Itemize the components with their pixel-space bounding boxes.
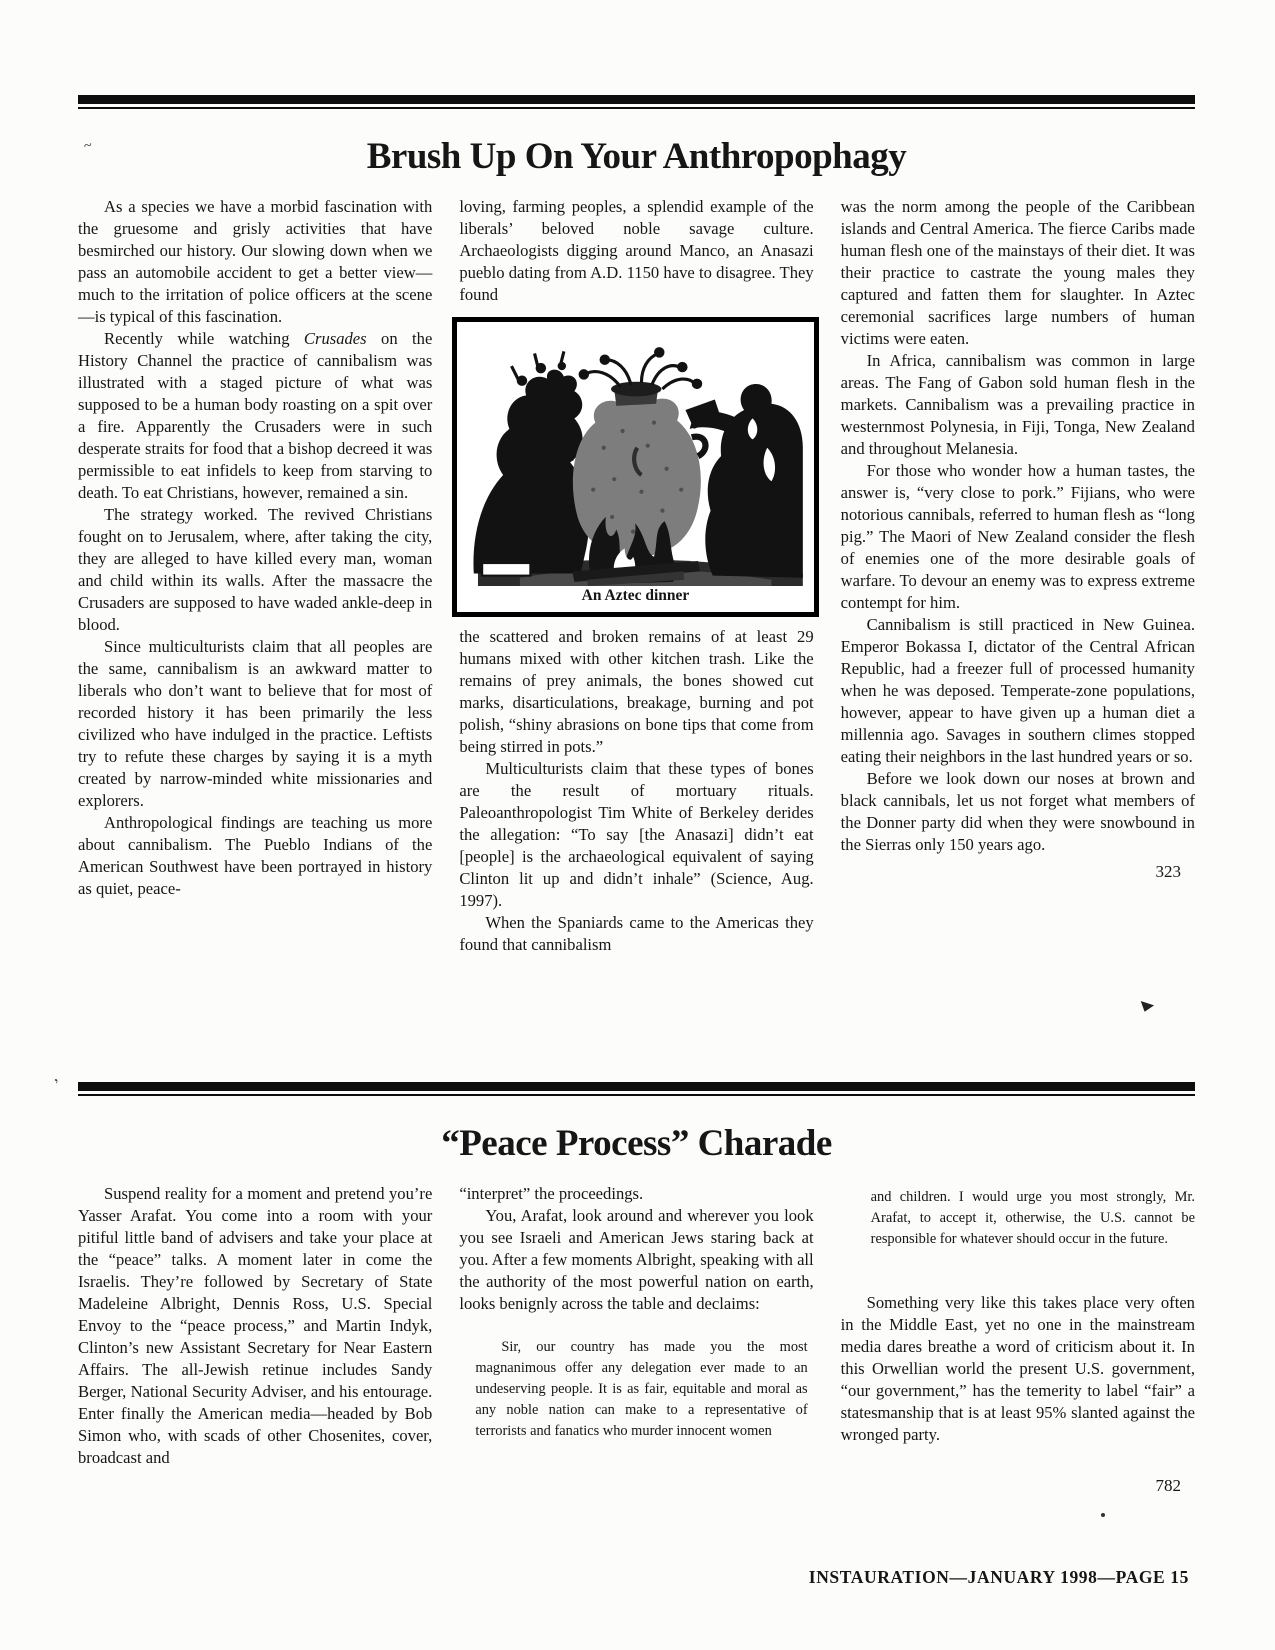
article2-number: 782	[841, 1476, 1195, 1496]
paragraph: the scattered and broken remains of at l…	[459, 626, 813, 758]
aztec-dinner-figure: An Aztec dinner	[452, 317, 818, 617]
top-rule-thin	[78, 107, 1195, 109]
article2-column-2: “interpret” the proceedings. You, Arafat…	[459, 1183, 813, 1442]
albright-quote-part1: Sir, our country has made you the most m…	[475, 1337, 807, 1442]
paragraph: Since multiculturists claim that all peo…	[78, 636, 432, 812]
magazine-page: ~ ’ Brush Up On Your Anthropophagy As a …	[0, 0, 1275, 1650]
article1-column-2: loving, farming peoples, a splendid exam…	[459, 196, 813, 956]
paragraph: “interpret” the proceedings.	[459, 1183, 813, 1205]
paragraph: Anthropological findings are teaching us…	[78, 812, 432, 900]
article2-title: “Peace Process” Charade	[78, 1122, 1195, 1165]
article1-number: 323	[841, 862, 1195, 882]
paragraph: was the norm among the people of the Car…	[841, 196, 1195, 350]
article1-title: Brush Up On Your Anthropophagy	[78, 135, 1195, 178]
paragraph: Suspend reality for a moment and pretend…	[78, 1183, 432, 1469]
divider-rule-thick	[78, 1082, 1195, 1091]
article2-column-3: and children. I would urge you most stro…	[841, 1183, 1195, 1496]
paragraph: Something very like this takes place ver…	[841, 1292, 1195, 1446]
scan-artifact-tick: ’	[52, 1076, 66, 1094]
paragraph: As a species we have a morbid fascinatio…	[78, 196, 432, 328]
article1-column-3: was the norm among the people of the Car…	[841, 196, 1195, 882]
paragraph-text: on the History Channel the practice of c…	[78, 329, 432, 502]
article-anthropophagy: Brush Up On Your Anthropophagy As a spec…	[78, 135, 1195, 1048]
page-content: Brush Up On Your Anthropophagy As a spec…	[78, 0, 1195, 1513]
divider-rule-thin	[78, 1094, 1195, 1096]
article1-column-1: As a species we have a morbid fascinatio…	[78, 196, 432, 900]
paragraph: You, Arafat, look around and wherever yo…	[459, 1205, 813, 1315]
article1-columns: As a species we have a morbid fascinatio…	[78, 196, 1195, 1048]
page-footer: INSTAURATION—JANUARY 1998—PAGE 15	[809, 1567, 1189, 1588]
article2-columns: Suspend reality for a moment and pretend…	[78, 1183, 1195, 1513]
paragraph: Before we look down our noses at brown a…	[841, 768, 1195, 856]
italic-title-crusades: Crusades	[304, 329, 367, 348]
paragraph: loving, farming peoples, a splendid exam…	[459, 196, 813, 306]
aztec-dinner-illustration	[457, 322, 813, 586]
article2-column-1: Suspend reality for a moment and pretend…	[78, 1183, 432, 1469]
paragraph: Multiculturists claim that these types o…	[459, 758, 813, 912]
paragraph: In Africa, cannibalism was common in lar…	[841, 350, 1195, 460]
figure-caption: An Aztec dinner	[457, 586, 813, 612]
paragraph: Cannibalism is still practiced in New Gu…	[841, 614, 1195, 768]
section-divider-rule	[78, 1082, 1195, 1096]
albright-quote-part2: and children. I would urge you most stro…	[871, 1187, 1195, 1250]
paragraph-text: Recently while watching	[104, 329, 304, 348]
top-rule-thick	[78, 95, 1195, 104]
article-peace-process: “Peace Process” Charade Suspend reality …	[78, 1122, 1195, 1513]
paragraph: When the Spaniards came to the Americas …	[459, 912, 813, 956]
paragraph: The strategy worked. The revived Christi…	[78, 504, 432, 636]
paragraph: Recently while watching Crusades on the …	[78, 328, 432, 504]
paragraph: For those who wonder how a human tastes,…	[841, 460, 1195, 614]
top-rule	[78, 95, 1195, 109]
scan-artifact-dot	[1101, 1513, 1105, 1517]
